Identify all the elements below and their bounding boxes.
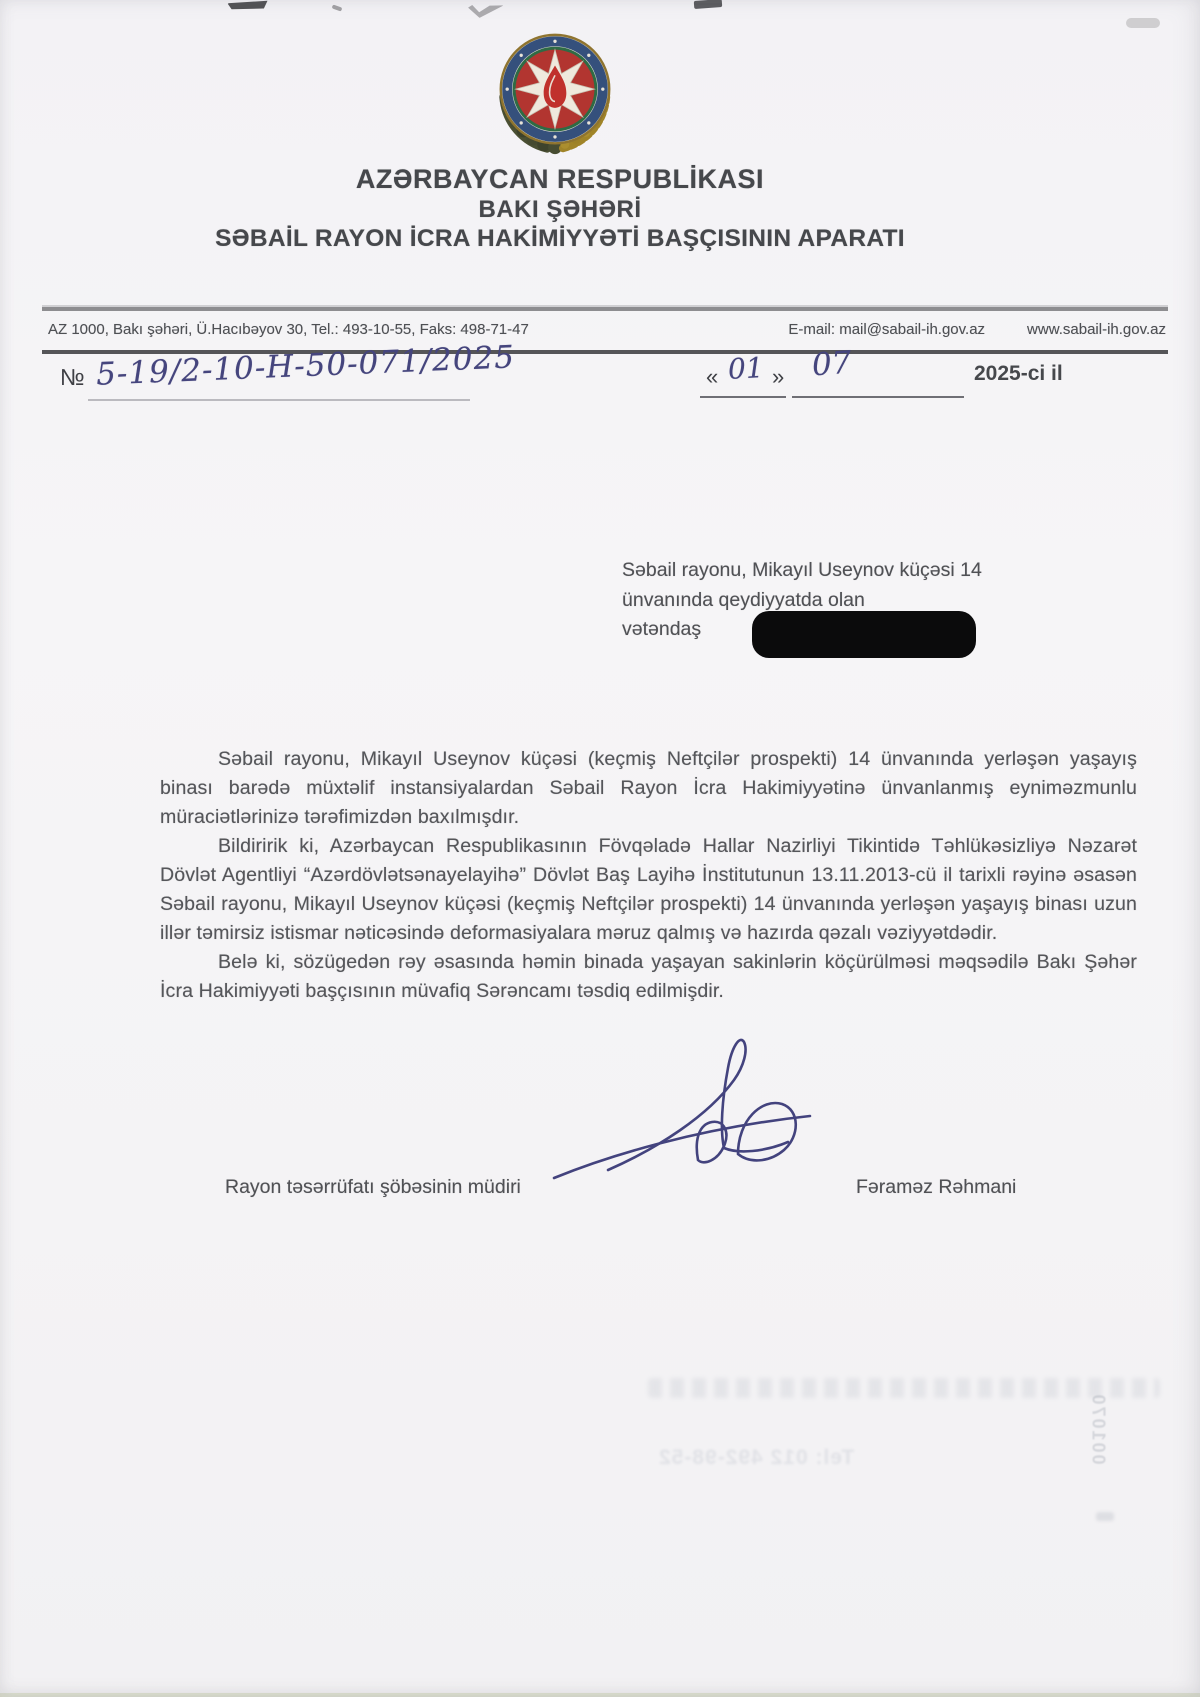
bleedthrough-phone-mirrored: Tel: 012 492-98-52 bbox=[658, 1446, 854, 1470]
org-city-line: BAKI ŞƏHƏRİ bbox=[0, 195, 1120, 224]
org-name-line: SƏBAİL RAYON İCRA HAKİMİYYƏTİ BAŞÇISININ… bbox=[0, 224, 1120, 254]
signer-name: Fəraməz Rəhmani bbox=[856, 1176, 1016, 1199]
handwritten-signature bbox=[548, 1020, 820, 1192]
ref-underline bbox=[88, 399, 470, 401]
contact-email: E-mail: mail@sabail-ih.gov.az bbox=[788, 321, 985, 338]
signature-position-title: Rayon təsərrüfatı şöbəsinin müdiri bbox=[225, 1176, 521, 1199]
date-month-handwritten: 07 bbox=[811, 345, 853, 384]
scan-artifact bbox=[466, 0, 503, 23]
org-country-line: AZƏRBAYCAN RESPUBLİKASI bbox=[0, 164, 1120, 195]
letterhead: AZƏRBAYCAN RESPUBLİKASI BAKI ŞƏHƏRİ SƏBA… bbox=[0, 164, 1120, 254]
redaction-bar bbox=[752, 611, 976, 658]
bleedthrough-mark bbox=[1096, 1512, 1114, 1521]
letter-body: Səbail rayonu, Mikayıl Useynov küçəsi (k… bbox=[160, 745, 1137, 1006]
ref-no-label: № bbox=[60, 364, 85, 391]
date-quote-open: « bbox=[706, 364, 718, 390]
contact-address: AZ 1000, Bakı şəhəri, Ü.Hacıbəyov 30, Te… bbox=[48, 321, 529, 338]
date-year: 2025-ci il bbox=[974, 362, 1063, 386]
body-paragraph: Bildiririk ki, Azərbaycan Respublikasını… bbox=[160, 832, 1137, 948]
scan-artifact bbox=[694, 0, 722, 9]
scan-artifact bbox=[332, 4, 343, 11]
date-day-underline bbox=[700, 396, 786, 398]
ref-number-handwritten: 5-19/2-10-H-50-071/2025 bbox=[95, 339, 515, 393]
azerbaijan-coat-of-arms-icon bbox=[486, 24, 624, 170]
bleedthrough-serial-number: 001070 bbox=[1088, 1392, 1109, 1464]
scan-artifact bbox=[227, 0, 268, 14]
contact-website: www.sabail-ih.gov.az bbox=[1027, 321, 1166, 338]
body-paragraph: Belə ki, sözügedən rəy əsasında həmin bi… bbox=[160, 948, 1137, 1006]
body-paragraph: Səbail rayonu, Mikayıl Useynov küçəsi (k… bbox=[160, 745, 1137, 832]
divider-line-top bbox=[42, 307, 1168, 311]
bleedthrough-text-smudge bbox=[648, 1378, 1160, 1398]
scan-bottom-edge bbox=[0, 1693, 1200, 1697]
recipient-address-line: Səbail rayonu, Mikayıl Useynov küçəsi 14 bbox=[622, 556, 1072, 586]
scan-artifact bbox=[1126, 18, 1160, 28]
date-day-handwritten: 01 bbox=[727, 351, 764, 386]
contact-row: AZ 1000, Bakı şəhəri, Ü.Hacıbəyov 30, Te… bbox=[48, 321, 1166, 338]
date-month-underline bbox=[792, 396, 964, 398]
scanned-letter-page: AZƏRBAYCAN RESPUBLİKASI BAKI ŞƏHƏRİ SƏBA… bbox=[0, 0, 1200, 1697]
date-quote-close: » bbox=[772, 364, 784, 390]
